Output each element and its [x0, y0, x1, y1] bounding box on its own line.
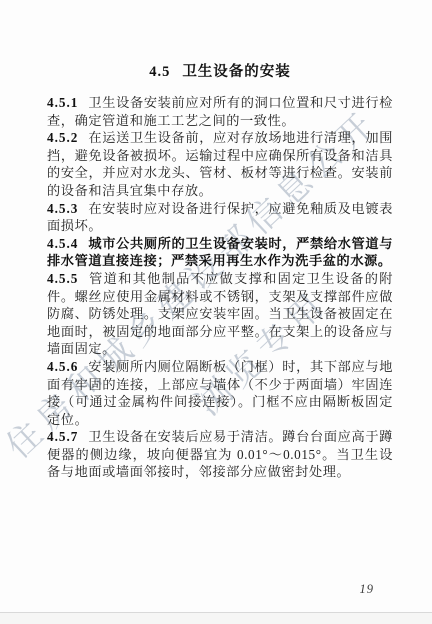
page-content: 4.5卫生设备的安装 4.5.1卫生设备安装前应对所有的洞口位置和尺寸进行检查，…: [47, 60, 393, 481]
clause-text: 管道和其他制品不应做支撑和固定卫生设备的附件。螺丝应使用金属材料或不锈钢，支架及…: [47, 271, 393, 356]
document-page: 住房和城乡建设部信息公开 浏览专用 4.5卫生设备的安装 4.5.1卫生设备安装…: [0, 0, 432, 624]
clause-text: 在安装时应对设备进行保护，应避免釉质及电镀表面损坏。: [47, 201, 393, 234]
clause-4-5-6: 4.5.6安装厕所内厕位隔断板（门框）时，其下部应与地面有牢固的连接，上部应与墙…: [47, 358, 393, 428]
clause-4-5-7: 4.5.7卫生设备在安装后应易于清洁。蹲台台面应高于蹲便器的侧边缘，坡向便器宜为…: [47, 428, 393, 481]
clause-number: 4.5.2: [47, 130, 78, 145]
clause-text: 安装厕所内厕位隔断板（门框）时，其下部应与地面有牢固的连接，上部应与墙体（不少于…: [47, 359, 393, 427]
section-title-number: 4.5: [149, 64, 170, 80]
clause-4-5-4: 4.5.4城市公共厕所的卫生设备安装时，严禁给水管道与排水管道直接连接；严禁采用…: [47, 235, 393, 270]
clause-number: 4.5.7: [47, 429, 78, 444]
clause-4-5-3: 4.5.3在安装时应对设备进行保护，应避免釉质及电镀表面损坏。: [47, 200, 393, 235]
clause-number: 4.5.4: [47, 236, 78, 251]
clause-number: 4.5.3: [47, 201, 78, 216]
section-title: 4.5卫生设备的安装: [47, 60, 393, 81]
clause-number: 4.5.5: [47, 271, 78, 286]
clause-text: 卫生设备安装前应对所有的洞口位置和尺寸进行检查，确定管道和施工工艺之间的一致性。: [47, 95, 393, 128]
scan-bottom-margin: [0, 613, 432, 624]
clause-text: 卫生设备在安装后应易于清洁。蹲台台面应高于蹲便器的侧边缘，坡向便器宜为 0.01…: [47, 429, 393, 479]
clause-text: 城市公共厕所的卫生设备安装时，严禁给水管道与排水管道直接连接；严禁采用再生水作为…: [47, 236, 393, 269]
clause-number: 4.5.6: [47, 359, 78, 374]
clause-4-5-2: 4.5.2在运送卫生设备前，应对存放场地进行清理，加围挡，避免设备被损坏。运输过…: [47, 129, 393, 199]
section-title-text: 卫生设备的安装: [182, 64, 291, 80]
page-number: 19: [360, 582, 375, 597]
clause-text: 在运送卫生设备前，应对存放场地进行清理，加围挡，避免设备被损坏。运输过程中应确保…: [47, 130, 393, 198]
clause-number: 4.5.1: [47, 95, 78, 110]
clause-4-5-5: 4.5.5管道和其他制品不应做支撑和固定卫生设备的附件。螺丝应使用金属材料或不锈…: [47, 270, 393, 358]
clause-4-5-1: 4.5.1卫生设备安装前应对所有的洞口位置和尺寸进行检查，确定管道和施工工艺之间…: [47, 94, 393, 129]
